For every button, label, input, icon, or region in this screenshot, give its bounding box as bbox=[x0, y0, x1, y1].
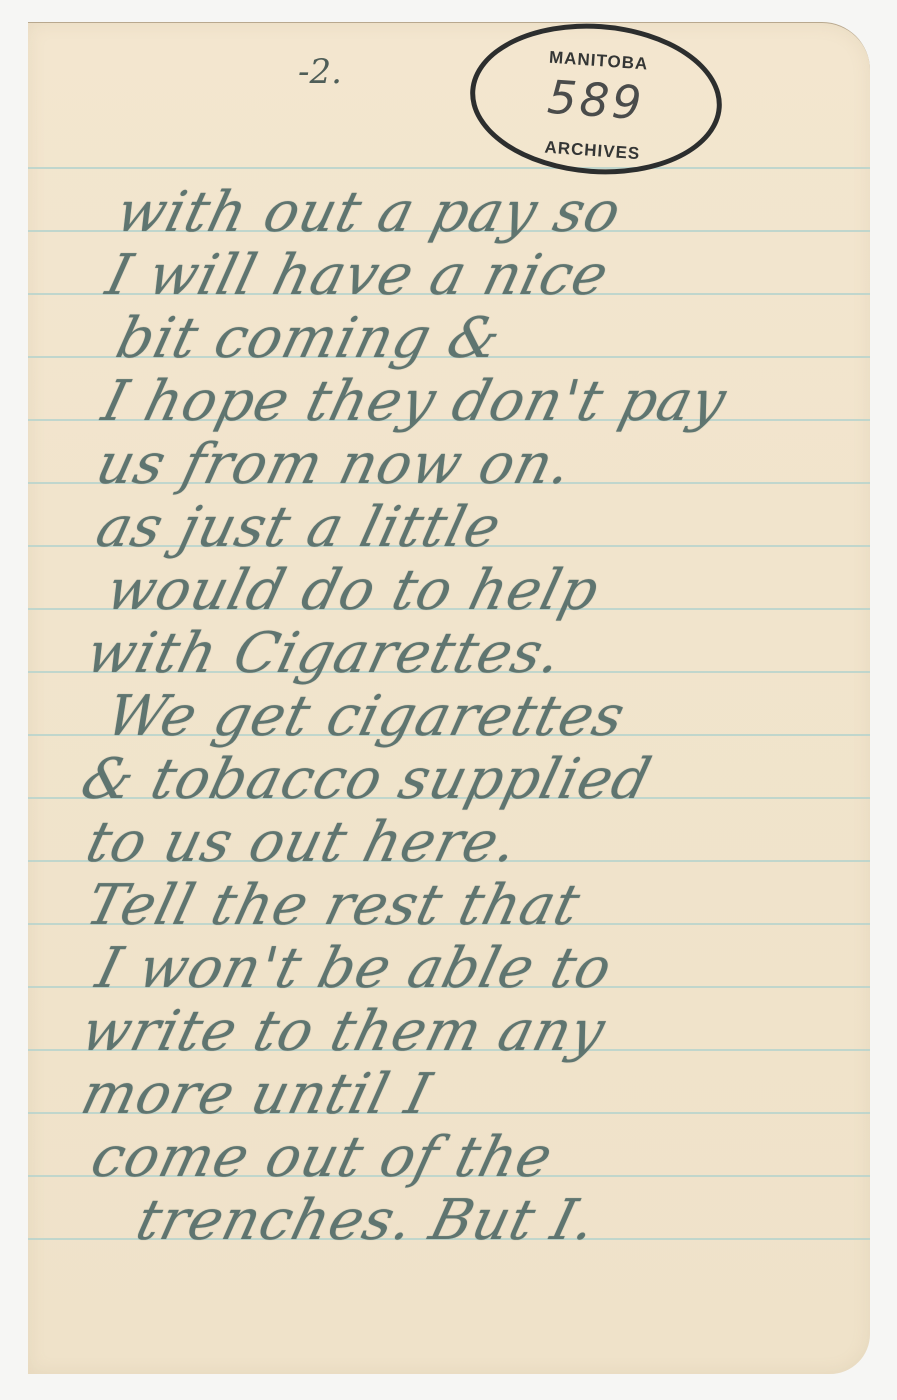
handwritten-line: to us out here. bbox=[80, 810, 525, 875]
handwritten-line: come out of the bbox=[85, 1125, 559, 1190]
handwritten-line: I will have a nice bbox=[100, 243, 615, 308]
handwritten-line: would do to help bbox=[100, 558, 606, 623]
handwritten-line: trenches. But I. bbox=[130, 1188, 603, 1253]
handwritten-line: I hope they don't pay bbox=[96, 369, 733, 434]
handwritten-line: Tell the rest that bbox=[80, 873, 587, 938]
handwritten-line: I won't be able to bbox=[90, 936, 619, 1001]
handwritten-line: & tobacco supplied bbox=[75, 747, 658, 812]
handwritten-line: with out a pay so bbox=[110, 180, 628, 245]
page-number: -2. bbox=[298, 52, 342, 92]
handwritten-line: write to them any bbox=[75, 999, 612, 1064]
handwritten-line: with Cigarettes. bbox=[80, 621, 569, 686]
handwritten-line: bit coming & bbox=[110, 306, 508, 371]
handwritten-line: more until I bbox=[75, 1062, 438, 1127]
handwritten-line: us from now on. bbox=[90, 432, 579, 497]
ruled-line bbox=[28, 167, 870, 169]
handwritten-line: We get cigarettes bbox=[100, 684, 632, 749]
handwritten-line: as just a little bbox=[90, 495, 508, 560]
